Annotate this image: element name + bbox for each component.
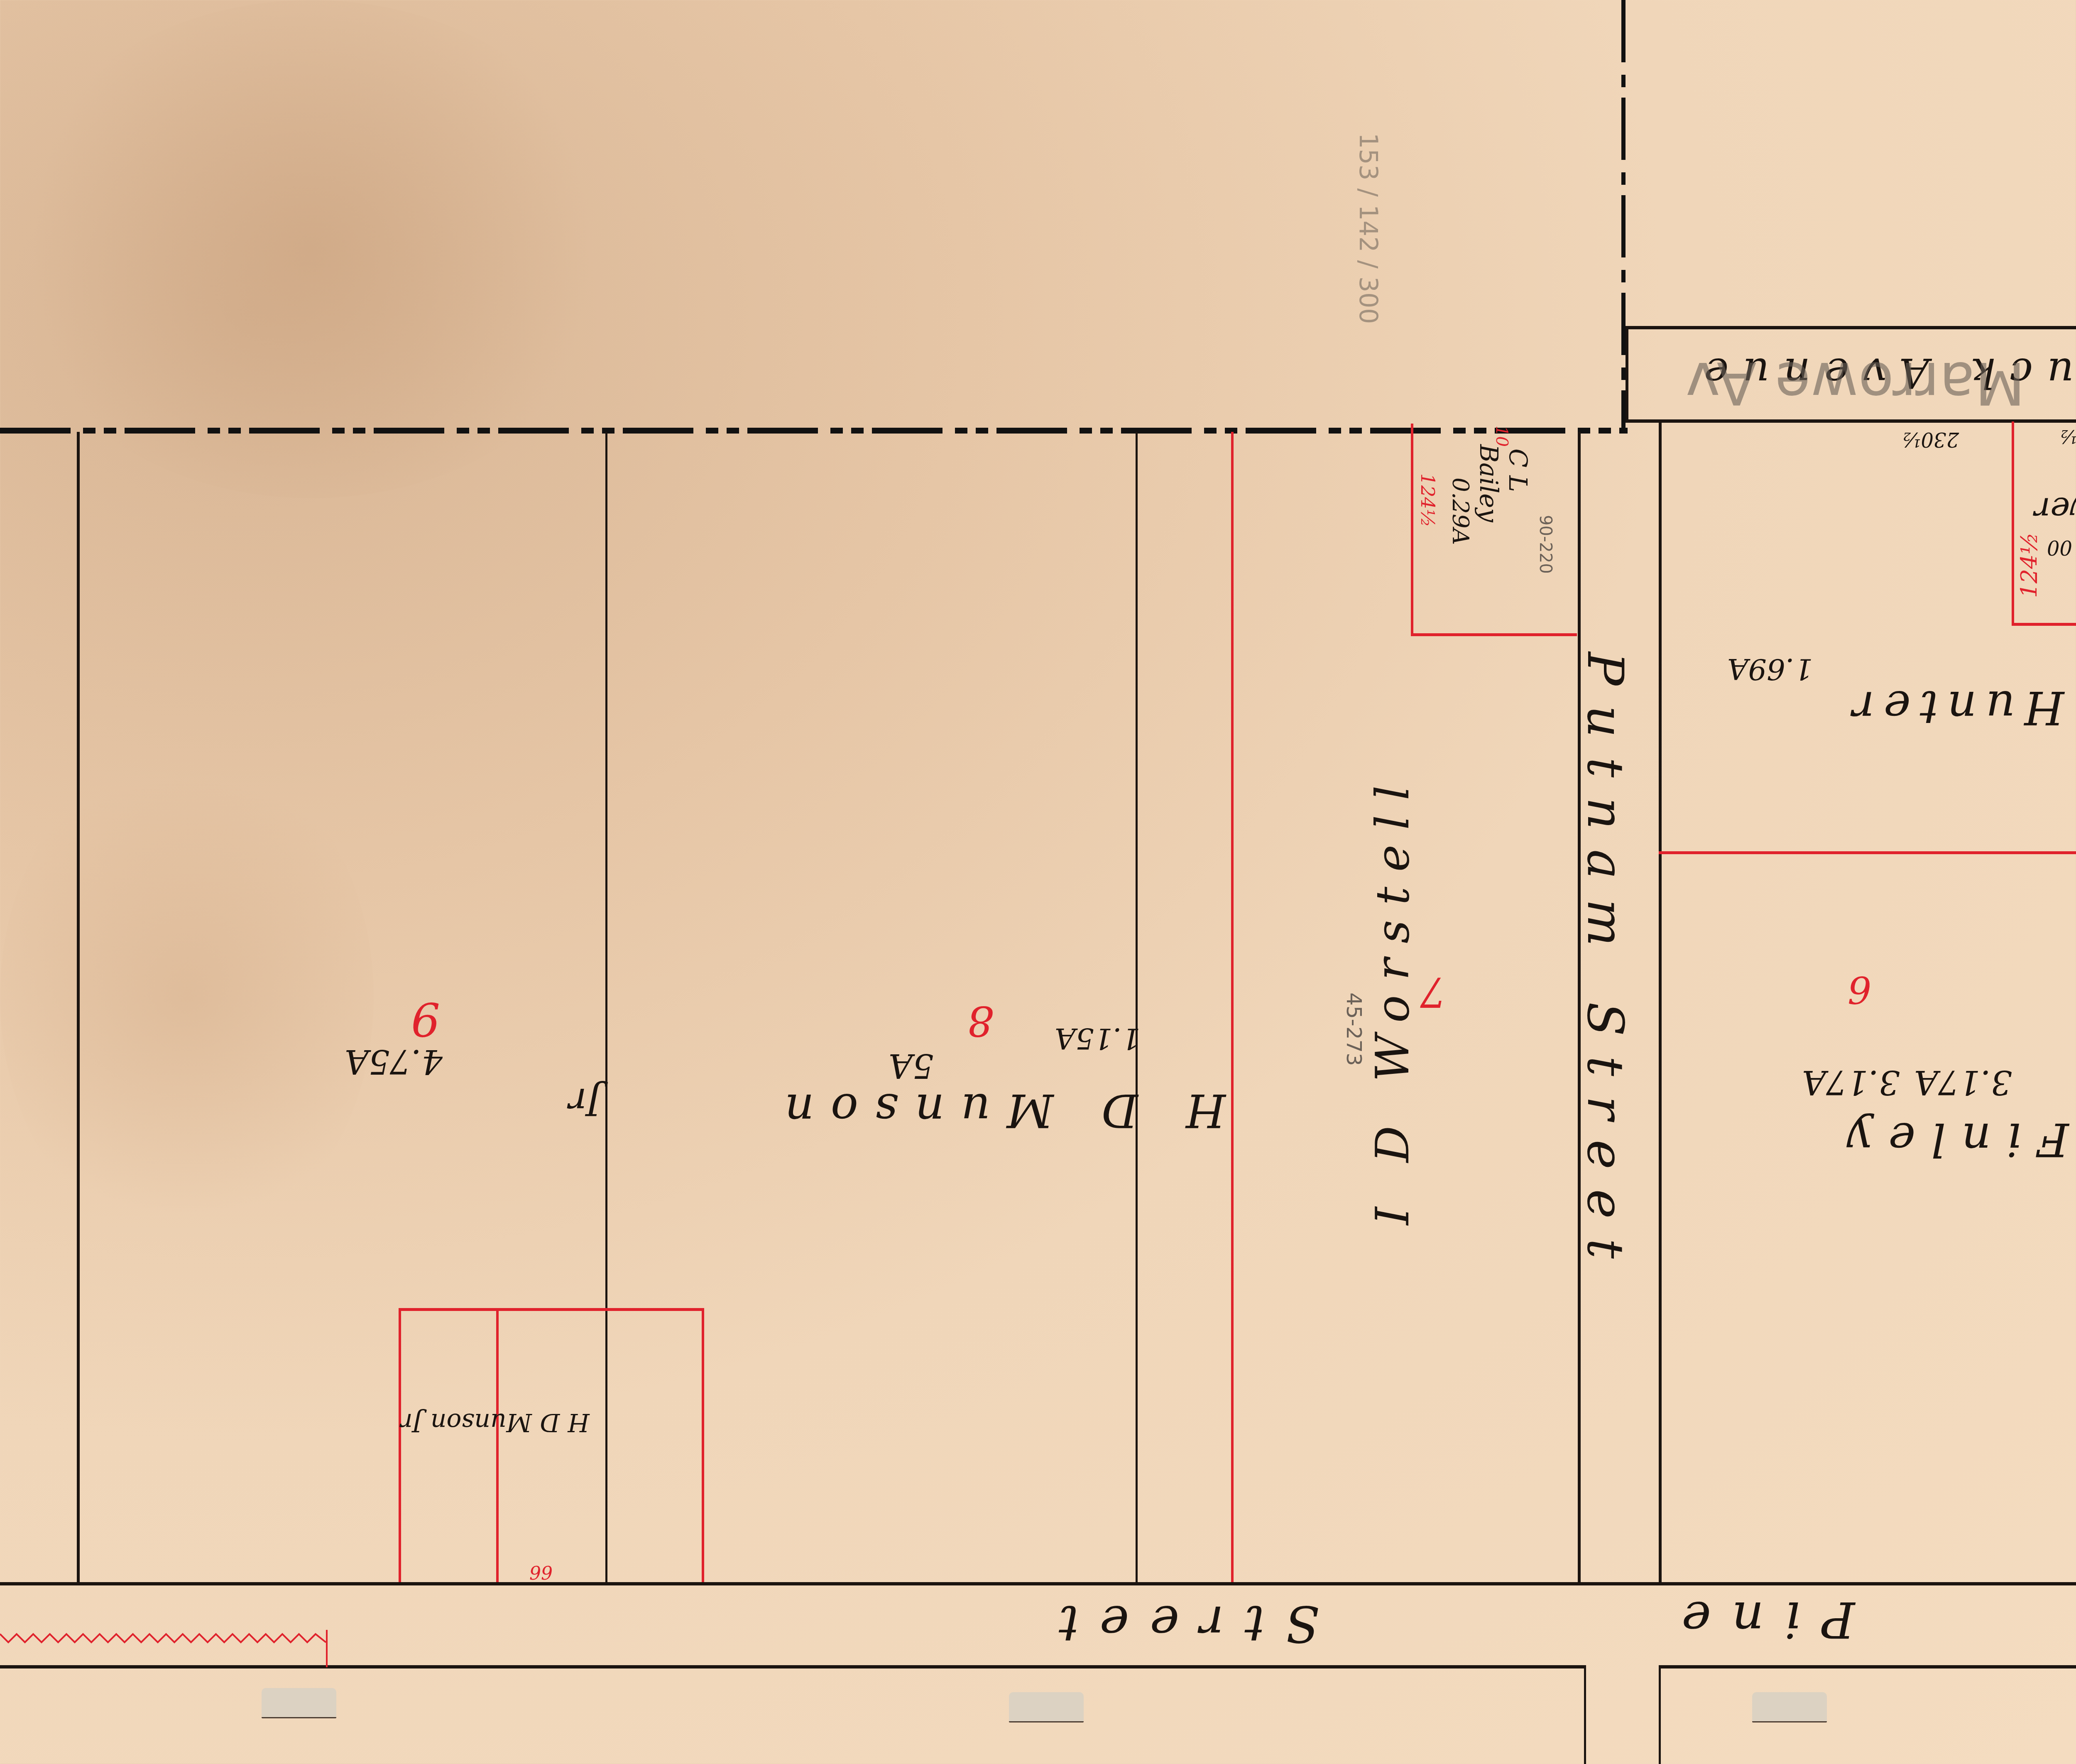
lot-area: 3.17A [1802, 1063, 1900, 1102]
owner-suffix: Jr [569, 1080, 602, 1123]
putnam-east-edge [1659, 421, 1662, 1584]
lot-number-8: 8 [967, 997, 994, 1045]
lot-number-9: 9 [411, 992, 440, 1046]
street-label: Street [1038, 1595, 1320, 1652]
red-zigzag-line [0, 1630, 328, 1646]
dimension: 124½ [1417, 473, 1439, 527]
lot-line [1584, 1665, 1586, 1764]
owner-name: Wm J Finley [1831, 1113, 2076, 1166]
hartmeyer-lot-border [2012, 623, 2076, 626]
tape-tab [1752, 1692, 1827, 1722]
lot-number-6: 6 [1848, 968, 1871, 1011]
bailey-lot-border [1411, 633, 1577, 636]
lot-area: 1.15A [1055, 1022, 1140, 1056]
tuck-avenue-end [1626, 326, 1628, 421]
street-south-edge [1659, 1665, 2076, 1668]
lot-area: 0.29A [1447, 478, 1474, 545]
frontage-dimension: 91½ [2059, 426, 2076, 447]
lot-line [77, 432, 80, 1584]
paper-stain [0, 0, 623, 498]
tuck-avenue-top-edge [1626, 326, 2076, 329]
marrowe-av-pencil: Marrowe Av [1686, 349, 2025, 416]
munson-jr-lot-border [702, 1308, 704, 1584]
lot-line [1136, 432, 1138, 1584]
owner-name: H D Munson [768, 1084, 1226, 1137]
owner-initials: C L [1503, 448, 1532, 492]
ownership-share: @ 24/100 [2047, 536, 2076, 559]
hartmeyer-lot-border [2012, 421, 2014, 625]
pencil-note: 153 / 142 / 300 [1354, 133, 1383, 324]
paper-stain [0, 747, 374, 1246]
lot-line [1659, 1665, 1661, 1764]
frontage-dimension: 230½ [1902, 428, 1959, 451]
dimension: 124½ [2016, 532, 2042, 598]
munson-jr-lot-border [496, 1308, 499, 1584]
owner-name: H D Munson Jr [401, 1408, 590, 1437]
red-lot-line [1659, 851, 2076, 854]
boundary-line-horizontal [0, 428, 1628, 434]
lot-number-7: 7 [1420, 968, 1447, 1016]
lot-line [605, 432, 607, 1584]
pine-label: Pine [1661, 1590, 1855, 1648]
putnam-street-label: Putnam Street [1576, 652, 1634, 1279]
munson-jr-lot-border [399, 1308, 401, 1584]
owner-name: Hartmeyer [2034, 490, 2076, 529]
ref-number: 90-220 [1536, 515, 1555, 574]
owner-name: I D Worstell [1366, 771, 1419, 1225]
owner-name: Bailey [1474, 444, 1503, 522]
lot-number-66: 66 [529, 1561, 553, 1583]
ref-number: 45-273 [1342, 992, 1366, 1066]
red-lot-line [1231, 432, 1234, 1584]
munson-jr-lot-border [399, 1308, 704, 1311]
tape-tab [1009, 1692, 1084, 1722]
street-south-edge [0, 1665, 1586, 1668]
lot-area: 3.17A [1914, 1063, 2012, 1102]
red-zigzag-drop [326, 1630, 328, 1667]
lot-area: 1.69A [1727, 652, 1813, 686]
lot-area: 4.75A [345, 1042, 443, 1081]
tape-tab [262, 1688, 336, 1718]
street-north-edge [0, 1582, 2076, 1585]
bailey-lot-border [1411, 424, 1413, 635]
lot-number-10: 10 [1492, 426, 1511, 447]
tuck-avenue-bottom-edge [1626, 419, 2076, 423]
boundary-line-vertical [1621, 0, 1626, 428]
lot-area: 5A [889, 1046, 934, 1085]
owner-name: William Hunter [1843, 681, 2076, 734]
